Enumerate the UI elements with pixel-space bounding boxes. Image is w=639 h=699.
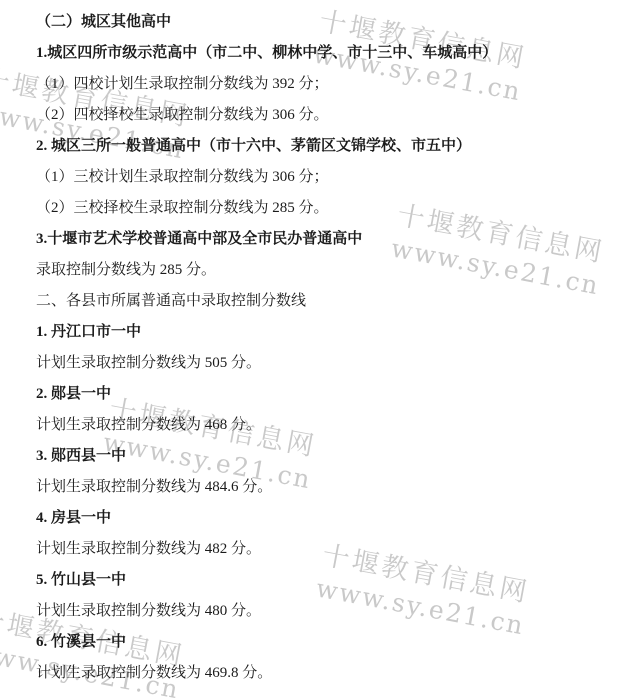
score-line-item: （1）四校计划生录取控制分数线为 392 分； <box>36 74 615 94</box>
score-line-item: 计划生录取控制分数线为 480 分。 <box>36 601 615 621</box>
school-heading: 2. 郧县一中 <box>36 384 615 404</box>
score-line-item: （2）四校择校生录取控制分数线为 306 分。 <box>36 105 615 125</box>
section-heading: （二）城区其他高中 <box>36 12 615 32</box>
school-heading: 3. 郧西县一中 <box>36 446 615 466</box>
school-heading: 4. 房县一中 <box>36 508 615 528</box>
school-heading: 5. 竹山县一中 <box>36 570 615 590</box>
school-heading: 6. 竹溪县一中 <box>36 632 615 652</box>
score-line-item: 计划生录取控制分数线为 482 分。 <box>36 539 615 559</box>
score-line-item: 计划生录取控制分数线为 468 分。 <box>36 415 615 435</box>
school-heading: 1. 丹江口市一中 <box>36 322 615 342</box>
section-heading: 二、各县市所属普通高中录取控制分数线 <box>36 291 615 311</box>
subsection-heading: 2. 城区三所一般普通高中（市十六中、茅箭区文锦学校、市五中） <box>36 136 615 156</box>
score-line-item: 录取控制分数线为 285 分。 <box>36 260 615 280</box>
score-line-item: （2）三校择校生录取控制分数线为 285 分。 <box>36 198 615 218</box>
subsection-heading: 1.城区四所市级示范高中（市二中、柳林中学、市十三中、车城高中） <box>36 43 615 63</box>
document-page: { "page": { "background": "#ffffff", "te… <box>0 0 639 699</box>
score-line-item: 计划生录取控制分数线为 505 分。 <box>36 353 615 373</box>
subsection-heading: 3.十堰市艺术学校普通高中部及全市民办普通高中 <box>36 229 615 249</box>
score-line-item: 计划生录取控制分数线为 484.6 分。 <box>36 477 615 497</box>
article-body: （二）城区其他高中 1.城区四所市级示范高中（市二中、柳林中学、市十三中、车城高… <box>0 0 639 699</box>
score-line-item: （1）三校计划生录取控制分数线为 306 分； <box>36 167 615 187</box>
score-line-item: 计划生录取控制分数线为 469.8 分。 <box>36 663 615 683</box>
